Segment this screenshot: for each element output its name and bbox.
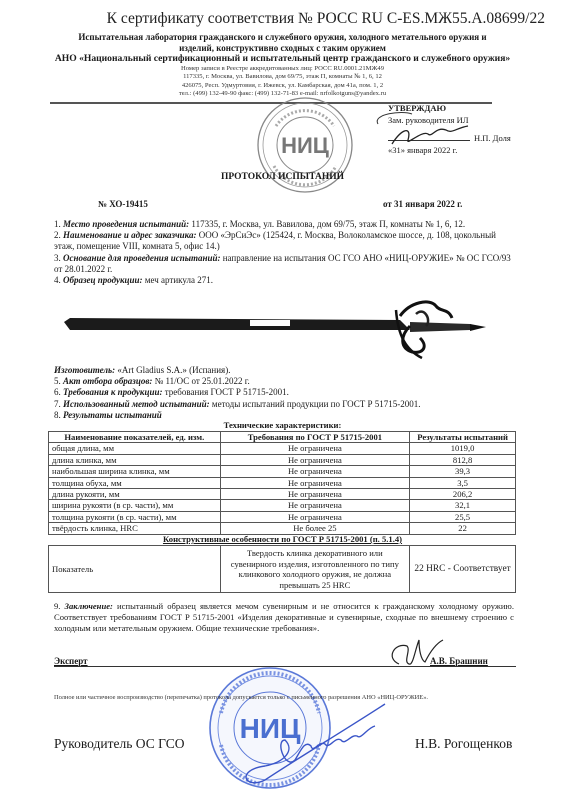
- table-row: толщина рукояти (в ср. части), ммНе огра…: [49, 511, 516, 522]
- protocol-title: ПРОТОКОЛ ИСПЫТАНИЙ: [0, 172, 565, 182]
- result-cell: 1019,0: [410, 443, 516, 454]
- protocol-items-5-8: Изготовитель: «Art Gladius S.A.» (Испани…: [54, 365, 514, 421]
- table-row: Показатель Твердость клинка декоративног…: [49, 546, 516, 593]
- table-row: общая длина, ммНе ограничена1019,0: [49, 443, 516, 454]
- head-label: Руководитель ОС ГСО: [54, 736, 184, 752]
- indicator-cell: твёрдость клинка, HRC: [49, 523, 221, 534]
- certificate-reference: К сертификату соответствия № РОСС RU С-E…: [107, 10, 545, 28]
- construct-features-table: Показатель Твердость клинка декоративног…: [48, 545, 516, 593]
- result-cell: 812,8: [410, 454, 516, 465]
- head-name: Н.В. Рогощенков: [415, 736, 512, 752]
- item-1: 1. Место проведения испытаний: 117335, г…: [54, 219, 514, 230]
- indicator-cell: толщина обуха, мм: [49, 477, 221, 488]
- requirement-cell: Не ограничена: [220, 489, 410, 500]
- tech-table-title: Технические характеристики:: [0, 420, 565, 430]
- result-cell: 22: [410, 523, 516, 534]
- protocol-items-1-4: 1. Место проведения испытаний: 117335, г…: [54, 219, 514, 286]
- construct-table-title: Конструктивные особенности по ГОСТ Р 517…: [0, 534, 565, 544]
- header-indicator: Наименование показателей, ед. изм.: [49, 432, 221, 443]
- table-row: твёрдость клинка, HRCНе более 2522: [49, 523, 516, 534]
- construct-result: 22 HRC - Соответствует: [410, 546, 516, 593]
- lab-name-line1: Испытательная лаборатория гражданского и…: [0, 32, 565, 43]
- requirement-cell: Не ограничена: [220, 454, 410, 465]
- indicator-cell: длина рукояти, мм: [49, 489, 221, 500]
- expert-label: Эксперт: [54, 656, 88, 666]
- conclusion-label: Заключение:: [65, 601, 113, 611]
- table-row: толщина обуха, ммНе ограничена3,5: [49, 477, 516, 488]
- item-5: 5. Акт отбора образцов: № 11/ОС от 25.01…: [54, 376, 514, 387]
- lab-name: Испытательная лаборатория гражданского и…: [0, 32, 565, 54]
- registry-info: Номер записи в Реестре аккредитованных л…: [0, 65, 565, 99]
- construct-requirement: Твердость клинка декоративного или сувен…: [220, 546, 410, 593]
- result-cell: 32,1: [410, 500, 516, 511]
- tech-table-header: Наименование показателей, ед. изм. Требо…: [49, 432, 516, 443]
- indicator-cell: ширина рукояти (в ср. части), мм: [49, 500, 221, 511]
- requirement-cell: Не ограничена: [220, 466, 410, 477]
- stamp-top-text: НИЦ: [281, 133, 329, 158]
- result-cell: 3,5: [410, 477, 516, 488]
- result-cell: 39,3: [410, 466, 516, 477]
- table-row: длина клинка, ммНе ограничена812,8: [49, 454, 516, 465]
- construct-indicator: Показатель: [49, 546, 221, 593]
- table-row: длина рукояти, ммНе ограничена206,2: [49, 489, 516, 500]
- table-row: наибольшая ширина клинка, ммНе ограничен…: [49, 466, 516, 477]
- approval-signature-icon: [372, 110, 482, 150]
- head-signature-icon: [225, 700, 395, 790]
- sword-photo-icon: [60, 296, 520, 368]
- requirement-cell: Не ограничена: [220, 443, 410, 454]
- item-3: 3. Основание для проведения испытаний: н…: [54, 253, 514, 275]
- tech-characteristics-table: Наименование показателей, ед. изм. Требо…: [48, 431, 516, 535]
- indicator-cell: длина клинка, мм: [49, 454, 221, 465]
- requirement-cell: Не ограничена: [220, 500, 410, 511]
- conclusion: 9. Заключение: испытанный образец являет…: [54, 601, 514, 634]
- protocol-number: № ХО-19415: [98, 199, 148, 209]
- item-4: 4. Образец продукции: меч артикула 271.: [54, 275, 514, 286]
- header-requirements: Требования по ГОСТ Р 51715-2001: [220, 432, 410, 443]
- org-name: АНО «Национальный сертификационный и исп…: [0, 53, 565, 64]
- registry-line: Номер записи в Реестре аккредитованных л…: [0, 65, 565, 73]
- item-7: 7. Использованный метод испытаний: метод…: [54, 399, 514, 410]
- conclusion-text: испытанный образец является мечом сувени…: [54, 601, 514, 633]
- requirement-cell: Не более 25: [220, 523, 410, 534]
- result-cell: 25,5: [410, 511, 516, 522]
- result-cell: 206,2: [410, 489, 516, 500]
- item-2: 2. Наименование и адрес заказчика: ООО «…: [54, 230, 514, 252]
- table-row: ширина рукояти (в ср. части), ммНе огран…: [49, 500, 516, 511]
- indicator-cell: общая длина, мм: [49, 443, 221, 454]
- address-izhevsk: 426075, Респ. Удмуртовия, г. Ижевск, ул.…: [0, 82, 565, 90]
- manufacturer: Изготовитель: «Art Gladius S.A.» (Испани…: [54, 365, 514, 376]
- item-6: 6. Требования к продукции: требования ГО…: [54, 387, 514, 398]
- expert-signature-icon: [385, 636, 445, 670]
- requirement-cell: Не ограничена: [220, 477, 410, 488]
- header-results: Результаты испытаний: [410, 432, 516, 443]
- requirement-cell: Не ограничена: [220, 511, 410, 522]
- protocol-date: от 31 января 2022 г.: [383, 199, 462, 209]
- indicator-cell: наибольшая ширина клинка, мм: [49, 466, 221, 477]
- address-moscow: 117335, г. Москва, ул. Вавилова, дом 69/…: [0, 73, 565, 81]
- indicator-cell: толщина рукояти (в ср. части), мм: [49, 511, 221, 522]
